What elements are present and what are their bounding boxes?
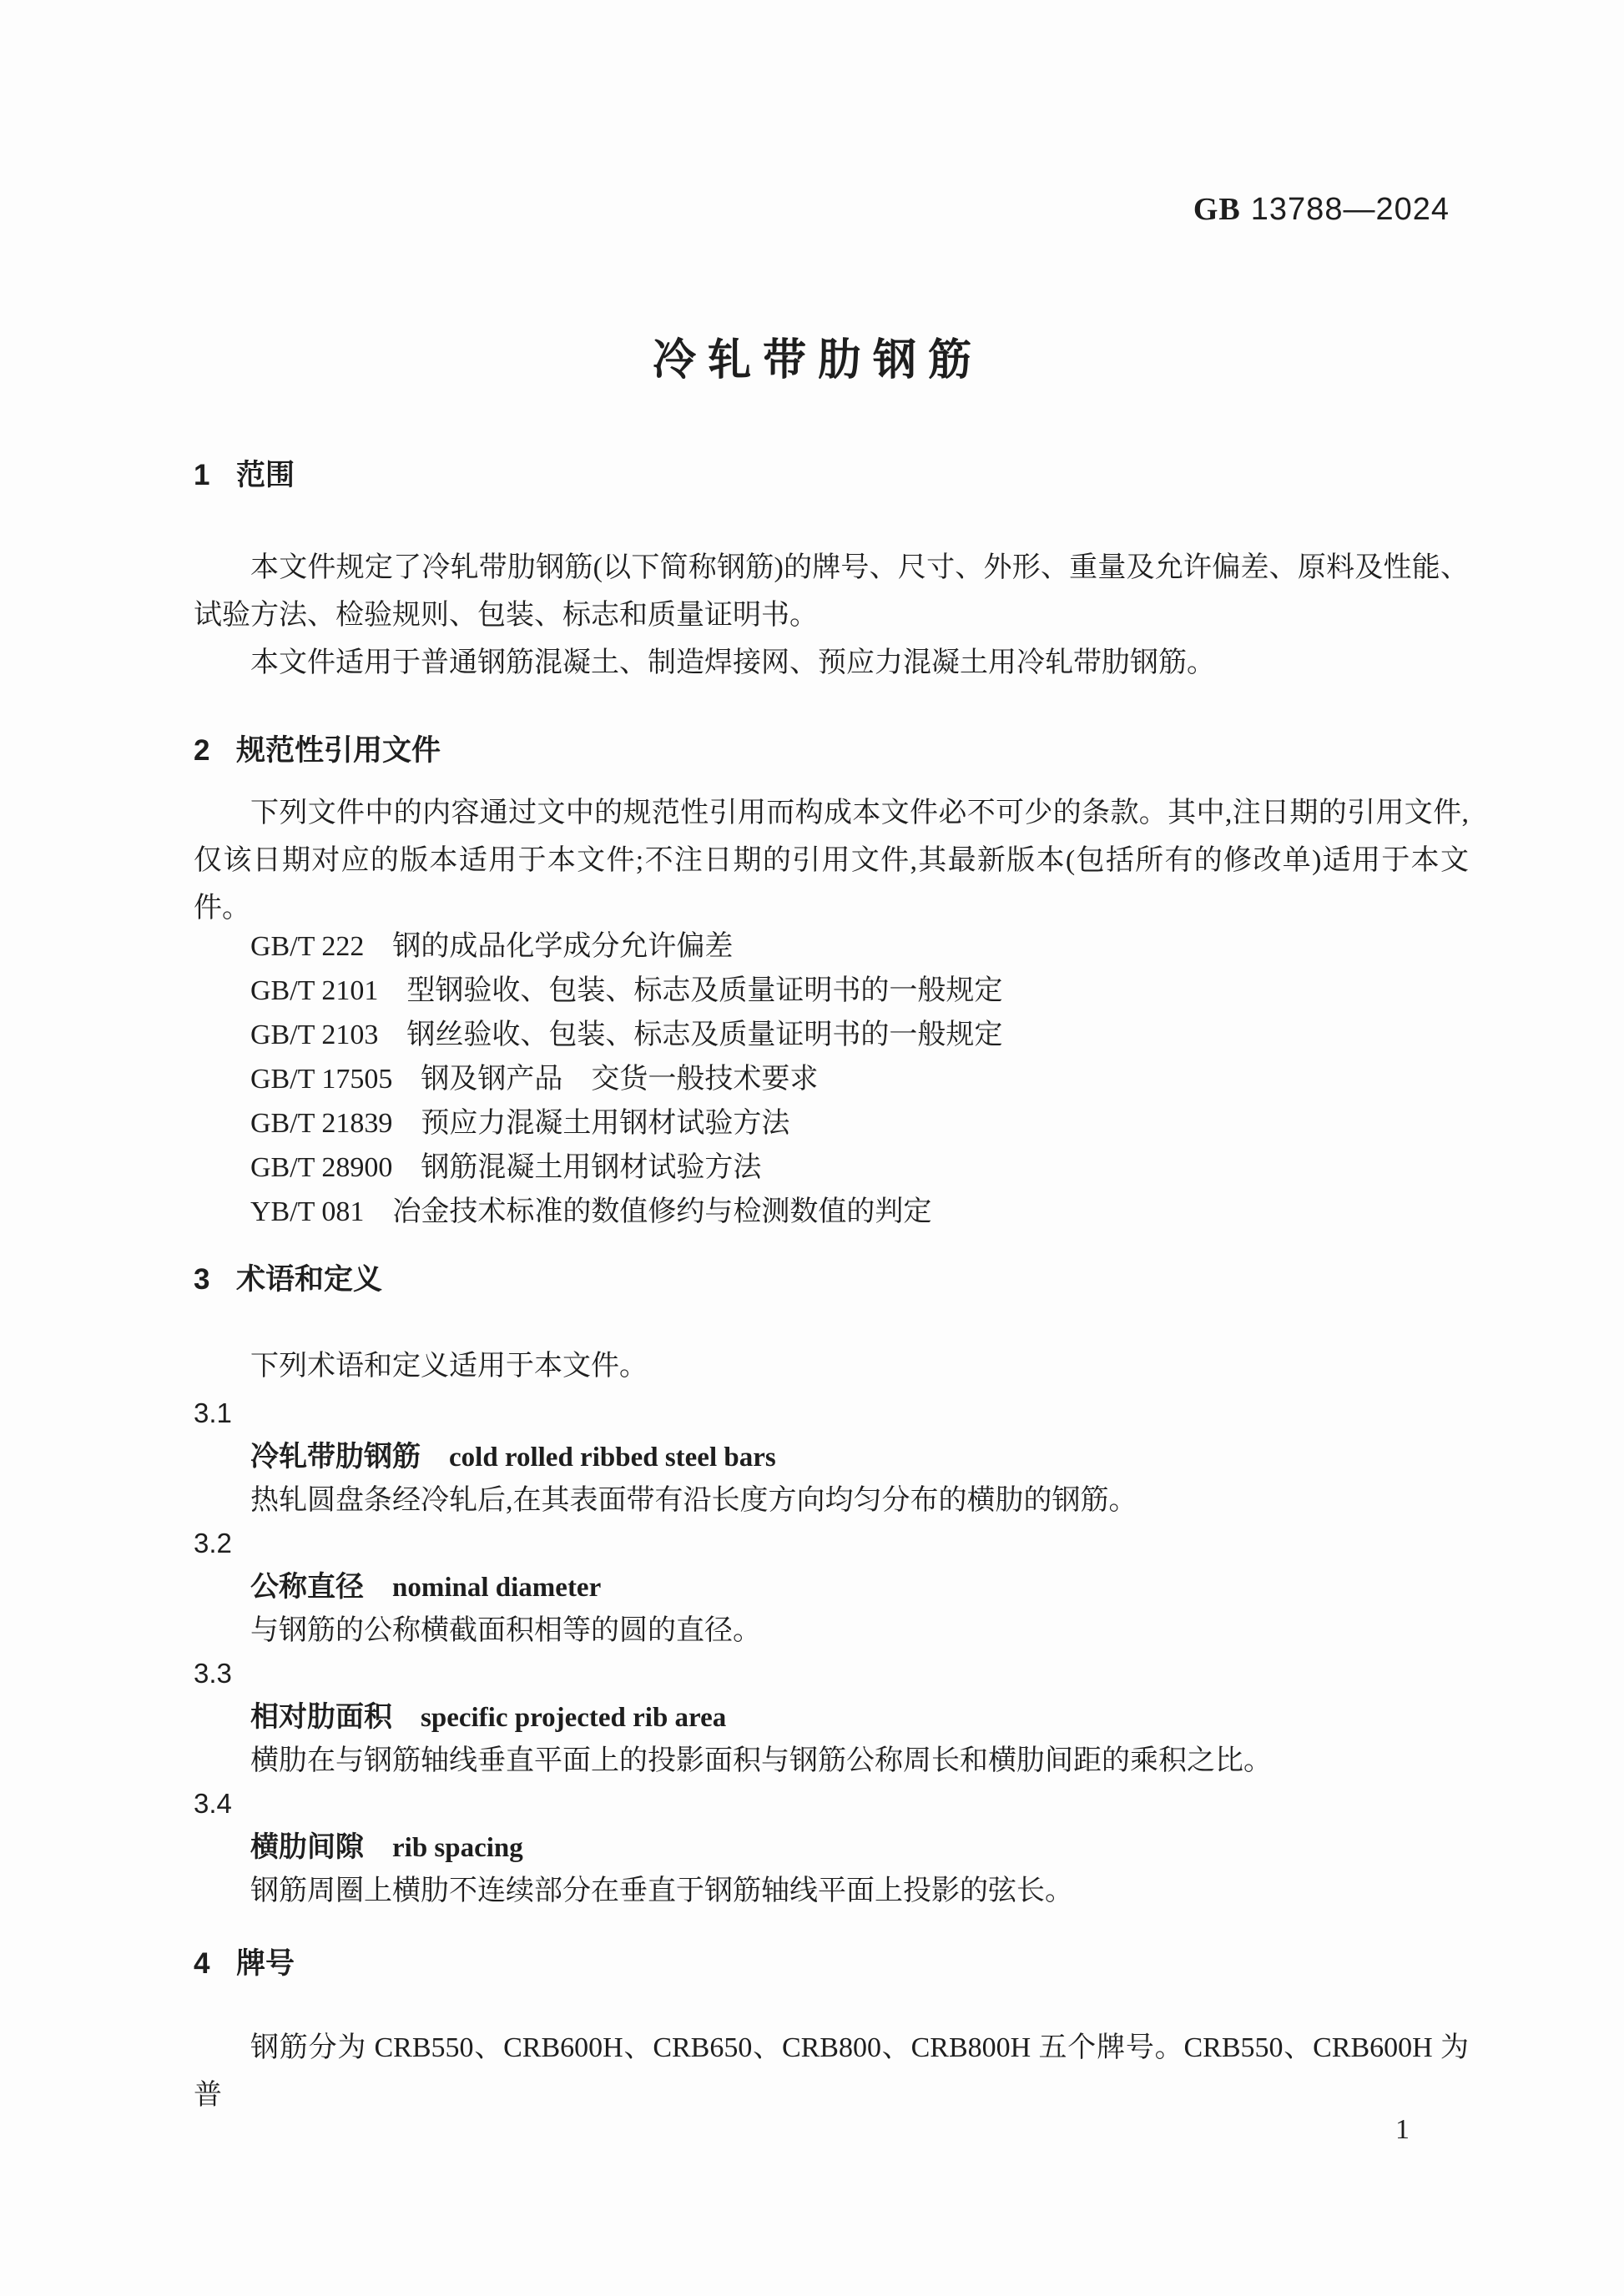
term-id: 3.2 bbox=[194, 1522, 1469, 1565]
reference-item: YB/T 081冶金技术标准的数值修约与检测数值的判定 bbox=[250, 1190, 1469, 1234]
term-zh: 冷轧带肋钢筋 bbox=[250, 1441, 421, 1473]
term-en: nominal diameter bbox=[392, 1573, 601, 1603]
reference-list: GB/T 222钢的成品化学成分允许偏差 GB/T 2101型钢验收、包装、标志… bbox=[250, 924, 1469, 1234]
clause-4-title: 牌号 bbox=[236, 1947, 295, 1980]
reference-title: 预应力混凝土用钢材试验方法 bbox=[421, 1108, 789, 1139]
reference-code: GB/T 2103 bbox=[250, 1020, 378, 1050]
clause-3-title: 术语和定义 bbox=[236, 1263, 382, 1296]
page-number: 1 bbox=[1395, 2112, 1410, 2147]
document-page: GB13788—2024 冷轧带肋钢筋 1范围 本文件规定了冷轧带肋钢筋(以下简… bbox=[0, 0, 1624, 2296]
term-3-1: 3.1 冷轧带肋钢筋cold rolled ribbed steel bars … bbox=[194, 1392, 1469, 1523]
paragraph: 本文件适用于普通钢筋混凝土、制造焊接网、预应力混凝土用冷轧带肋钢筋。 bbox=[194, 639, 1469, 687]
reference-title: 钢的成品化学成分允许偏差 bbox=[392, 931, 733, 962]
clause-1-heading: 1范围 bbox=[194, 457, 295, 494]
term-en: rib spacing bbox=[392, 1833, 523, 1863]
term-definition: 钢筋周圈上横肋不连续部分在垂直于钢筋轴线平面上投影的弦长。 bbox=[194, 1870, 1469, 1913]
reference-code: YB/T 081 bbox=[250, 1196, 364, 1227]
term-line: 公称直径nominal diameter bbox=[194, 1565, 1469, 1609]
term-3-2: 3.2 公称直径nominal diameter 与钢筋的公称横截面积相等的圆的… bbox=[194, 1522, 1469, 1653]
clause-2-heading: 2规范性引用文件 bbox=[194, 733, 441, 769]
reference-item: GB/T 2101型钢验收、包装、标志及质量证明书的一般规定 bbox=[250, 969, 1469, 1013]
clause-3-heading: 3术语和定义 bbox=[194, 1261, 382, 1298]
clause-4-body: 钢筋分为 CRB550、CRB600H、CRB650、CRB800、CRB800… bbox=[194, 2024, 1469, 2119]
term-definition: 热轧圆盘条经冷轧后,在其表面带有沿长度方向均匀分布的横肋的钢筋。 bbox=[194, 1479, 1469, 1523]
term-zh: 横肋间隙 bbox=[250, 1831, 364, 1863]
clause-3-number: 3 bbox=[194, 1261, 236, 1298]
reference-code: GB/T 222 bbox=[250, 931, 364, 962]
clause-1-number: 1 bbox=[194, 457, 236, 494]
term-line: 横肋间隙rib spacing bbox=[194, 1825, 1469, 1870]
clause-4-heading: 4牌号 bbox=[194, 1946, 295, 1982]
term-zh: 相对肋面积 bbox=[250, 1701, 392, 1733]
reference-item: GB/T 222钢的成品化学成分允许偏差 bbox=[250, 924, 1469, 969]
term-zh: 公称直径 bbox=[250, 1571, 364, 1603]
reference-title: 钢丝验收、包装、标志及质量证明书的一般规定 bbox=[406, 1020, 1002, 1050]
term-en: specific projected rib area bbox=[421, 1703, 726, 1733]
clause-2-body: 下列文件中的内容通过文中的规范性引用而构成本文件必不可少的条款。其中,注日期的引… bbox=[194, 789, 1469, 932]
reference-title: 型钢验收、包装、标志及质量证明书的一般规定 bbox=[406, 975, 1002, 1006]
clause-2-title: 规范性引用文件 bbox=[236, 734, 441, 767]
reference-item: GB/T 28900钢筋混凝土用钢材试验方法 bbox=[250, 1145, 1469, 1190]
reference-title: 钢及钢产品 交货一般技术要求 bbox=[421, 1064, 818, 1095]
standard-code: GB13788—2024 bbox=[1193, 190, 1450, 229]
reference-code: GB/T 17505 bbox=[250, 1064, 392, 1095]
reference-title: 钢筋混凝土用钢材试验方法 bbox=[421, 1152, 761, 1183]
paragraph: 钢筋分为 CRB550、CRB600H、CRB650、CRB800、CRB800… bbox=[194, 2024, 1469, 2119]
clause-4-number: 4 bbox=[194, 1946, 236, 1982]
reference-title: 冶金技术标准的数值修约与检测数值的判定 bbox=[392, 1196, 931, 1227]
clause-2-number: 2 bbox=[194, 733, 236, 769]
reference-item: GB/T 17505钢及钢产品 交货一般技术要求 bbox=[250, 1057, 1469, 1101]
paragraph: 下列术语和定义适用于本文件。 bbox=[194, 1345, 1469, 1388]
standard-code-number: 13788—2024 bbox=[1251, 192, 1450, 227]
term-line: 冷轧带肋钢筋cold rolled ribbed steel bars bbox=[194, 1435, 1469, 1479]
reference-code: GB/T 28900 bbox=[250, 1152, 392, 1183]
term-id: 3.4 bbox=[194, 1782, 1469, 1825]
term-3-3: 3.3 相对肋面积specific projected rib area 横肋在… bbox=[194, 1652, 1469, 1783]
clause-3-intro: 下列术语和定义适用于本文件。 bbox=[194, 1345, 1469, 1388]
term-definition: 横肋在与钢筋轴线垂直平面上的投影面积与钢筋公称周长和横肋间距的乘积之比。 bbox=[194, 1740, 1469, 1783]
paragraph: 下列文件中的内容通过文中的规范性引用而构成本文件必不可少的条款。其中,注日期的引… bbox=[194, 789, 1469, 932]
paragraph: 本文件规定了冷轧带肋钢筋(以下简称钢筋)的牌号、尺寸、外形、重量及允许偏差、原料… bbox=[194, 544, 1469, 639]
term-line: 相对肋面积specific projected rib area bbox=[194, 1695, 1469, 1740]
term-en: cold rolled ribbed steel bars bbox=[449, 1443, 776, 1473]
reference-item: GB/T 2103钢丝验收、包装、标志及质量证明书的一般规定 bbox=[250, 1013, 1469, 1057]
term-id: 3.3 bbox=[194, 1652, 1469, 1695]
term-id: 3.1 bbox=[194, 1392, 1469, 1435]
reference-code: GB/T 2101 bbox=[250, 975, 378, 1006]
reference-code: GB/T 21839 bbox=[250, 1108, 392, 1139]
standard-code-prefix: GB bbox=[1193, 192, 1241, 227]
clause-1-body: 本文件规定了冷轧带肋钢筋(以下简称钢筋)的牌号、尺寸、外形、重量及允许偏差、原料… bbox=[194, 544, 1469, 687]
clause-1-title: 范围 bbox=[236, 459, 295, 491]
term-3-4: 3.4 横肋间隙rib spacing 钢筋周圈上横肋不连续部分在垂直于钢筋轴线… bbox=[194, 1782, 1469, 1913]
document-title: 冷轧带肋钢筋 bbox=[0, 334, 1624, 388]
term-definition: 与钢筋的公称横截面积相等的圆的直径。 bbox=[194, 1609, 1469, 1653]
reference-item: GB/T 21839预应力混凝土用钢材试验方法 bbox=[250, 1101, 1469, 1145]
